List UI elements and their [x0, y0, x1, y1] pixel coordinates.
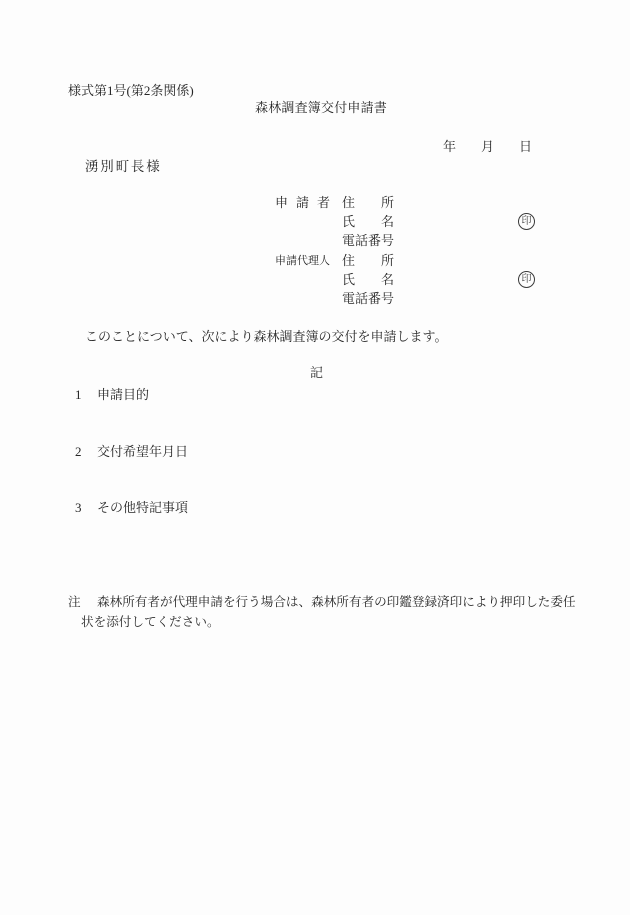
note-line-1: 注森林所有者が代理申請を行う場合は、森林所有者の印鑑登録済印により押印した委任 — [68, 595, 576, 609]
phone-label: 電話番号 — [342, 234, 394, 248]
addressee: 湧別町長様 — [85, 160, 162, 174]
applicant-name-row: 氏名 印 — [275, 212, 535, 231]
date-year-label: 年 — [443, 139, 456, 154]
address-label: 住所 — [342, 254, 394, 268]
seal-icon: 印 — [518, 271, 535, 288]
date-line: 年月日 — [443, 140, 532, 154]
applicant-phone-row: 電話番号 — [275, 232, 535, 251]
note-prefix: 注 — [68, 595, 97, 609]
item-label: 交付希望年月日 — [97, 444, 188, 459]
agent-label: 申請代理人 — [275, 254, 330, 268]
note-line-2: 状を添付してください。 — [81, 615, 220, 629]
name-label: 氏名 — [342, 273, 394, 287]
item-number: 3 — [75, 501, 97, 515]
agent-address-row: 申請代理人 住所 — [275, 251, 535, 270]
document-page: 様式第1号(第2条関係) 森林調査簿交付申請書 年月日 湧別町長様 申請者 住所… — [0, 0, 630, 915]
address-label: 住所 — [342, 196, 394, 210]
item-label: その他特記事項 — [97, 500, 188, 515]
date-month-label: 月 — [481, 139, 494, 154]
item-number: 1 — [75, 388, 97, 402]
agent-phone-row: 電話番号 — [275, 289, 535, 308]
item-desired-issue-date: 2交付希望年月日 — [75, 445, 188, 459]
name-label: 氏名 — [342, 215, 394, 229]
item-application-purpose: 1申請目的 — [75, 388, 149, 402]
form-number-label: 様式第1号(第2条関係) — [68, 84, 194, 98]
applicant-label: 申請者 — [275, 196, 330, 210]
item-other-remarks: 3その他特記事項 — [75, 501, 188, 515]
body-sentence: このことについて、次により森林調査簿の交付を申請します。 — [85, 330, 447, 344]
seal-icon: 印 — [518, 213, 535, 230]
note-text: 森林所有者が代理申請を行う場合は、森林所有者の印鑑登録済印により押印した委任 — [97, 595, 576, 609]
agent-name-row: 氏名 印 — [275, 270, 535, 289]
date-day-label: 日 — [519, 139, 532, 154]
item-label: 申請目的 — [97, 387, 149, 402]
phone-label: 電話番号 — [342, 292, 394, 306]
record-heading: 記 — [310, 366, 323, 380]
applicant-block: 申請者 住所 氏名 印 電話番号 申請代理人 住所 氏名 印 電話番号 — [275, 193, 535, 309]
item-number: 2 — [75, 445, 97, 459]
applicant-address-row: 申請者 住所 — [275, 193, 535, 212]
document-title: 森林調査簿交付申請書 — [255, 101, 387, 115]
